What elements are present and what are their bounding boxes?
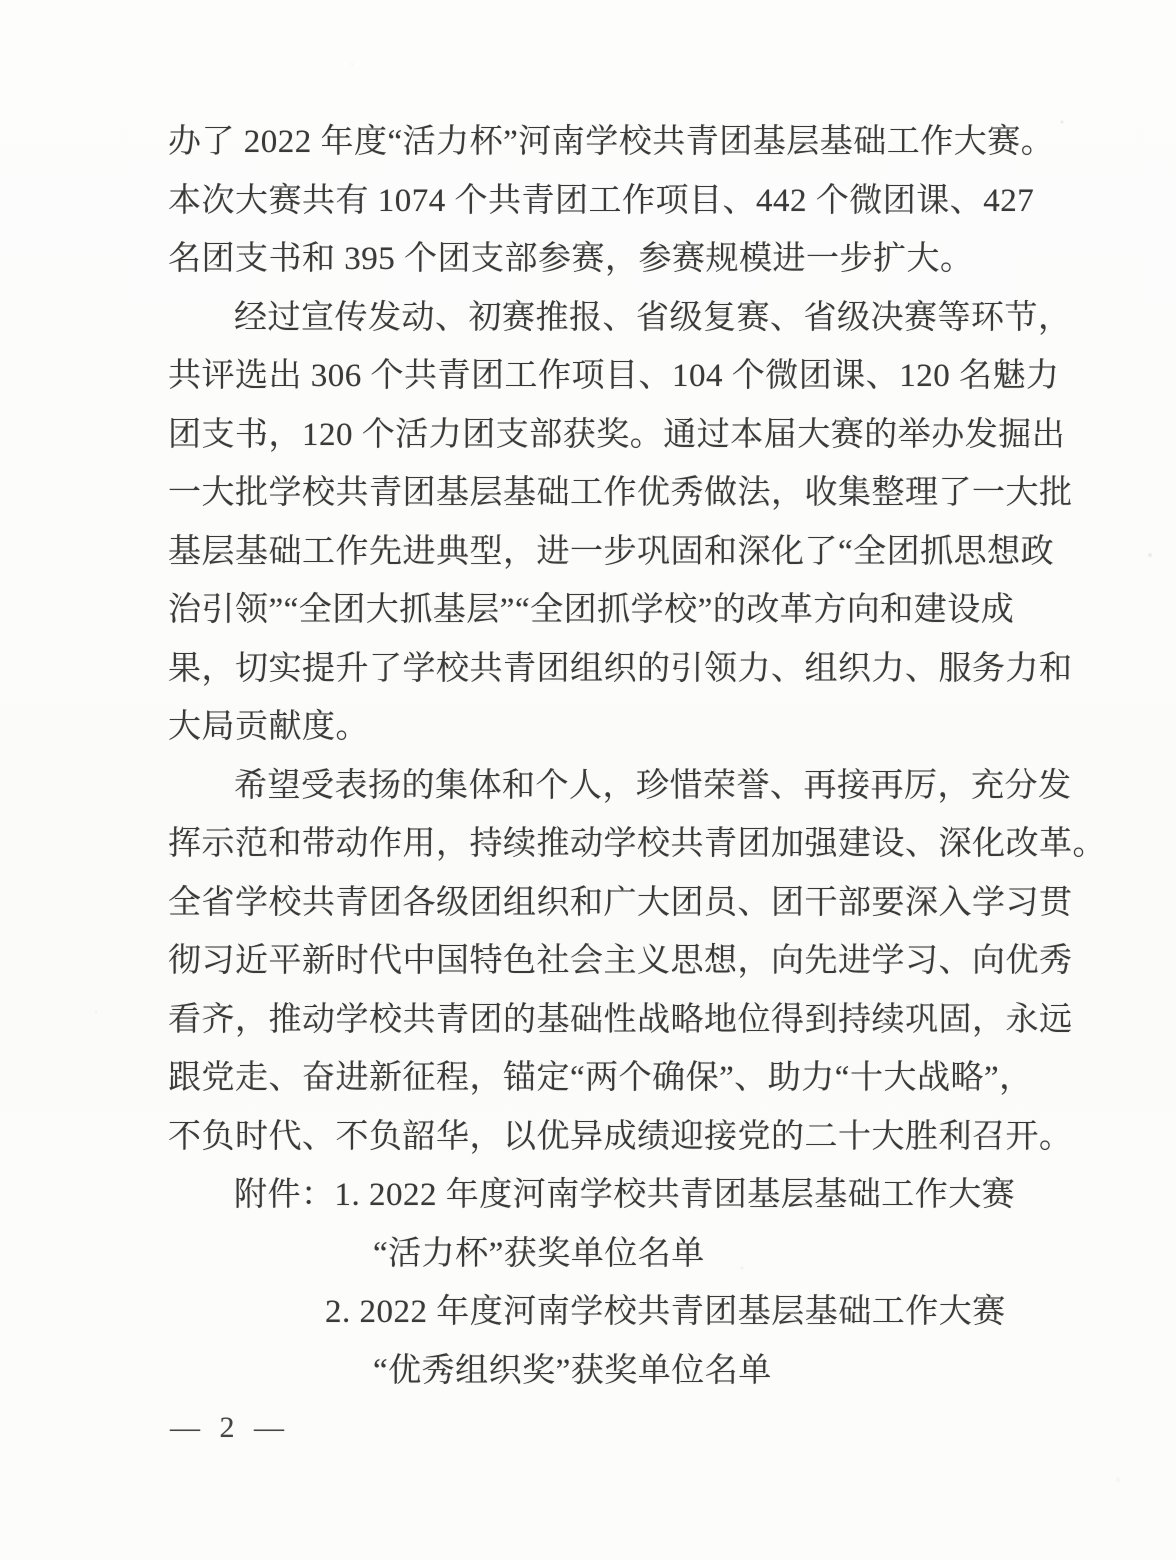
body-line: 果，切实提升了学校共青团组织的引领力、组织力、服务力和 bbox=[168, 640, 1028, 699]
body-line: 经过宣传发动、初赛推报、省级复赛、省级决赛等环节， bbox=[168, 289, 1028, 348]
body-line: 不负时代、不负韶华，以优异成绩迎接党的二十大胜利召开。 bbox=[168, 1108, 1028, 1167]
body-line: 名团支书和 395 个团支部参赛，参赛规模进一步扩大。 bbox=[168, 230, 1028, 289]
body-line: 看齐，推动学校共青团的基础性战略地位得到持续巩固，永远 bbox=[168, 991, 1028, 1050]
scanned-document-page: 办了 2022 年度“活力杯”河南学校共青团基层基础工作大赛。 本次大赛共有 1… bbox=[0, 0, 1176, 1560]
body-line: 办了 2022 年度“活力杯”河南学校共青团基层基础工作大赛。 bbox=[168, 113, 1028, 172]
body-line: 治引领”“全团大抓基层”“全团抓学校”的改革方向和建设成 bbox=[168, 581, 1028, 640]
document-body: 办了 2022 年度“活力杯”河南学校共青团基层基础工作大赛。 本次大赛共有 1… bbox=[168, 113, 1028, 1400]
body-line: 跟党走、奋进新征程，锚定“两个确保”、助力“十大战略”， bbox=[168, 1049, 1028, 1108]
body-line: 团支书，120 个活力团支部获奖。通过本届大赛的举办发掘出 bbox=[168, 406, 1028, 465]
body-line: 挥示范和带动作用，持续推动学校共青团加强建设、深化改革。 bbox=[168, 815, 1028, 874]
body-line: 大局贡献度。 bbox=[168, 698, 1028, 757]
body-line: 全省学校共青团各级团组织和广大团员、团干部要深入学习贯 bbox=[168, 874, 1028, 933]
attachment-item-line: “优秀组织奖”获奖单位名单 bbox=[168, 1342, 1028, 1401]
body-line: 一大批学校共青团基层基础工作优秀做法，收集整理了一大批 bbox=[168, 464, 1028, 523]
page-number: — 2 — bbox=[170, 1406, 290, 1450]
attachment-item-line: 2. 2022 年度河南学校共青团基层基础工作大赛 bbox=[168, 1283, 1028, 1342]
body-line: 基层基础工作先进典型，进一步巩固和深化了“全团抓思想政 bbox=[168, 523, 1028, 582]
body-line: 希望受表扬的集体和个人，珍惜荣誉、再接再厉，充分发 bbox=[168, 757, 1028, 816]
attachment-heading-line: 附件：1. 2022 年度河南学校共青团基层基础工作大赛 bbox=[168, 1166, 1028, 1225]
attachment-item-line: “活力杯”获奖单位名单 bbox=[168, 1225, 1028, 1284]
body-line: 共评选出 306 个共青团工作项目、104 个微团课、120 名魅力 bbox=[168, 347, 1028, 406]
body-line: 本次大赛共有 1074 个共青团工作项目、442 个微团课、427 bbox=[168, 172, 1028, 231]
body-line: 彻习近平新时代中国特色社会主义思想，向先进学习、向优秀 bbox=[168, 932, 1028, 991]
